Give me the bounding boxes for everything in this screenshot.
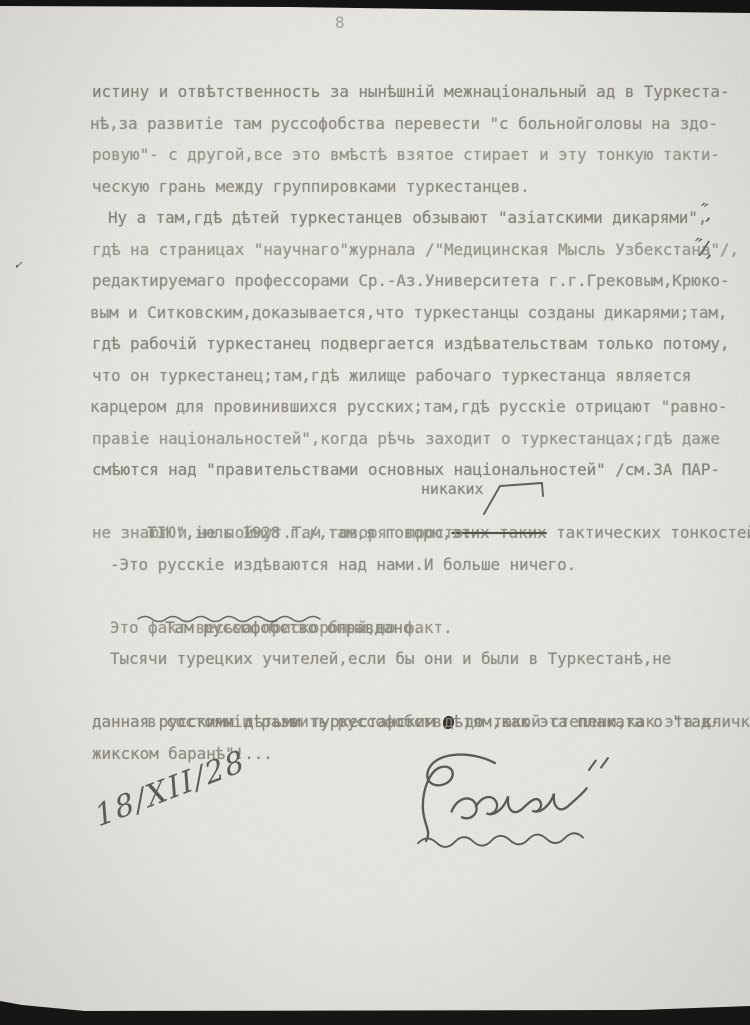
page-number: 8 [335, 13, 346, 32]
typed-line: Это факт весьма прискорбный,но факт. [92, 612, 740, 644]
typed-line: нѣ,за развитіе там руссофобства перевест… [90, 108, 740, 140]
typed-line-underlined: Там руссофобство оправдано. [90, 580, 740, 612]
typed-line: гдѣ на страницах "научнаго"журнала /"Мед… [92, 234, 740, 266]
typed-line: истину и отвѣтственность за нынѣшній меж… [92, 76, 740, 108]
typed-line: карцером для провинившихся русских;там,г… [90, 391, 740, 423]
typed-line: гдѣ рабочій туркестанец подвергается изд… [92, 328, 740, 360]
typed-line: -Это русскіе издѣваются над нами.И больш… [92, 549, 740, 581]
handwritten-signature [388, 744, 646, 855]
typed-line-with-blot: в состояніи развить руссофобств до такой… [90, 675, 740, 707]
typed-line: Тысячи турецких учителей,если бы они и б… [92, 643, 740, 675]
typed-line-with-correction: ТІЮ",іюль 1928 г./,там,я говорю,этих так… [90, 486, 740, 518]
typed-line: правіе національностей",когда рѣчь заход… [92, 423, 740, 455]
inserted-word: никаких [421, 474, 483, 506]
typed-line: ровую"- с другой,все это вмѣстѣ взятое с… [92, 139, 740, 171]
typed-line: что он туркестанец;там,гдѣ жилище рабоча… [92, 360, 740, 392]
typed-line: Ну а там,гдѣ дѣтей туркестанцев обзывают… [90, 202, 740, 234]
typed-line: не знают и не поймут.Там говорят просто: [92, 517, 740, 549]
typed-line: ческую грань между группировками туркест… [92, 171, 740, 203]
typed-line: вым и Ситковским,доказывается,что туркес… [90, 297, 740, 329]
typed-text-block: истину и отвѣтственность за нынѣшній меж… [92, 76, 740, 769]
typed-line: редактируемаго профессорами Ср.-Аз.Униве… [92, 265, 740, 297]
typed-line: данная русскими дѣтьми туркестанским дѣт… [92, 706, 740, 738]
margin-checkmark: ✓ [14, 258, 24, 274]
scanned-document-page: 8 истину и отвѣтственность за нынѣшній м… [0, 0, 750, 1025]
typed-line: смѣются над "правительствами основных на… [92, 454, 740, 486]
